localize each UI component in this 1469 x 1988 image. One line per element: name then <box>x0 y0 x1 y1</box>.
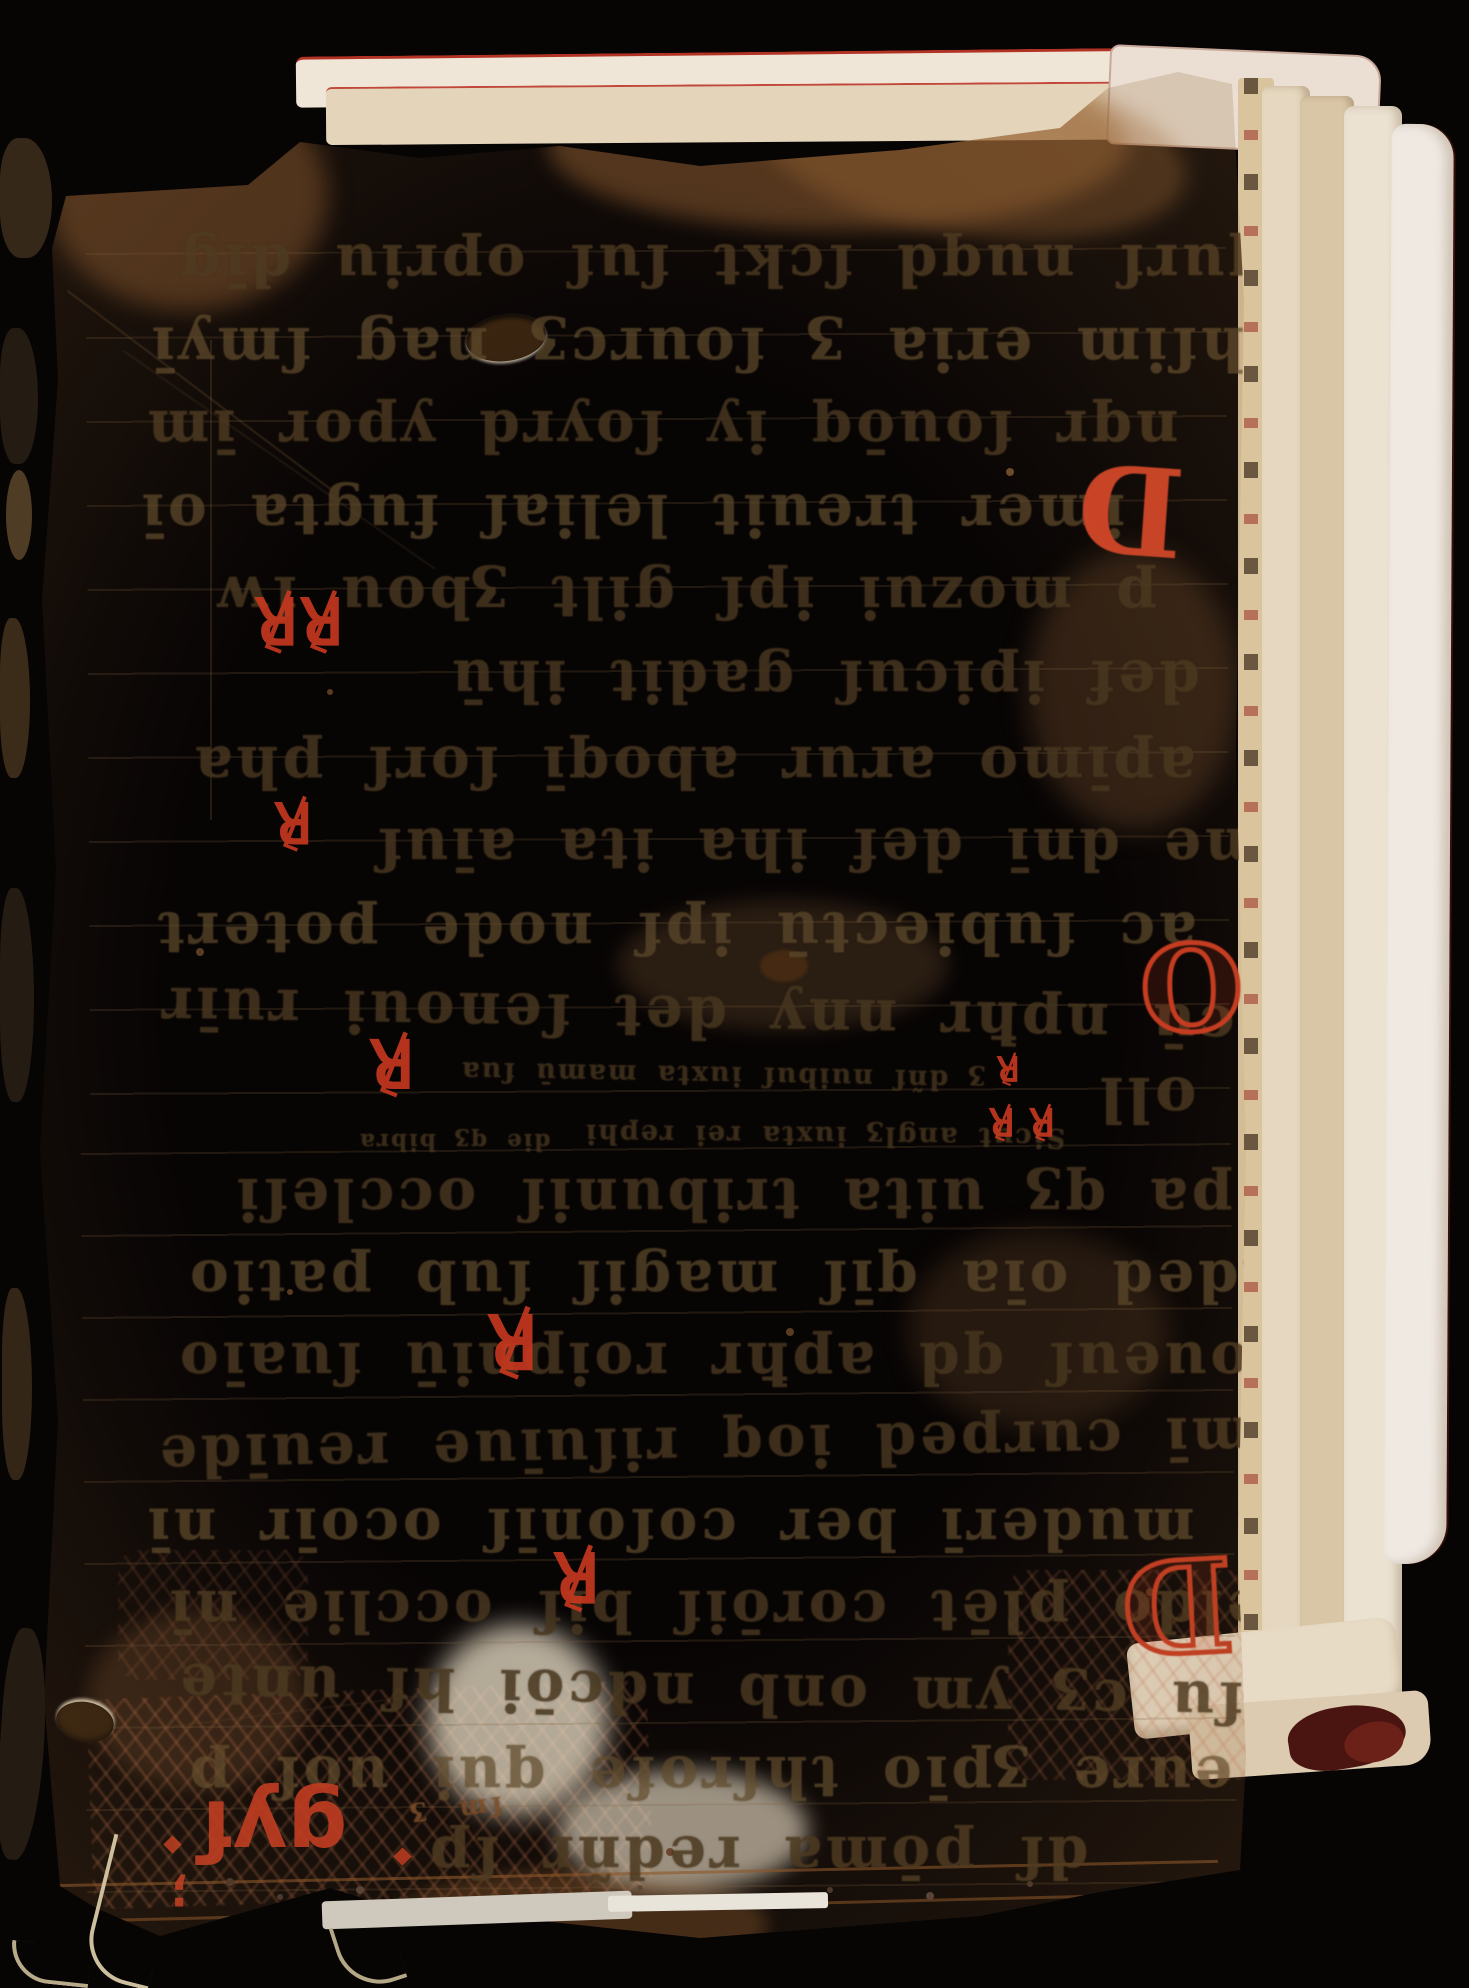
manuscript-photo: qurſ nuqd ſckt ſuſ opriu dīg hſim eria ʒ… <box>0 0 1469 1988</box>
sewing-thread-3 <box>8 1940 92 1988</box>
binding-remnant <box>0 888 34 1102</box>
binding-remnant <box>0 138 52 258</box>
binding-remnant <box>0 328 38 464</box>
binding-remnant <box>2 1288 32 1480</box>
page-edge-right-4 <box>1384 124 1454 1564</box>
binding-remnant <box>0 1627 52 1862</box>
parchment-leaf: qurſ nuqd ſckt ſuſ opriu dīg hſim eria ʒ… <box>28 50 1254 1962</box>
edge-shading <box>28 50 1254 1962</box>
binding-remnant <box>6 470 32 560</box>
binding-remnant <box>0 618 30 778</box>
dirt-specks <box>28 50 32 54</box>
underleaf-glyph-fragments <box>1244 78 1258 1708</box>
